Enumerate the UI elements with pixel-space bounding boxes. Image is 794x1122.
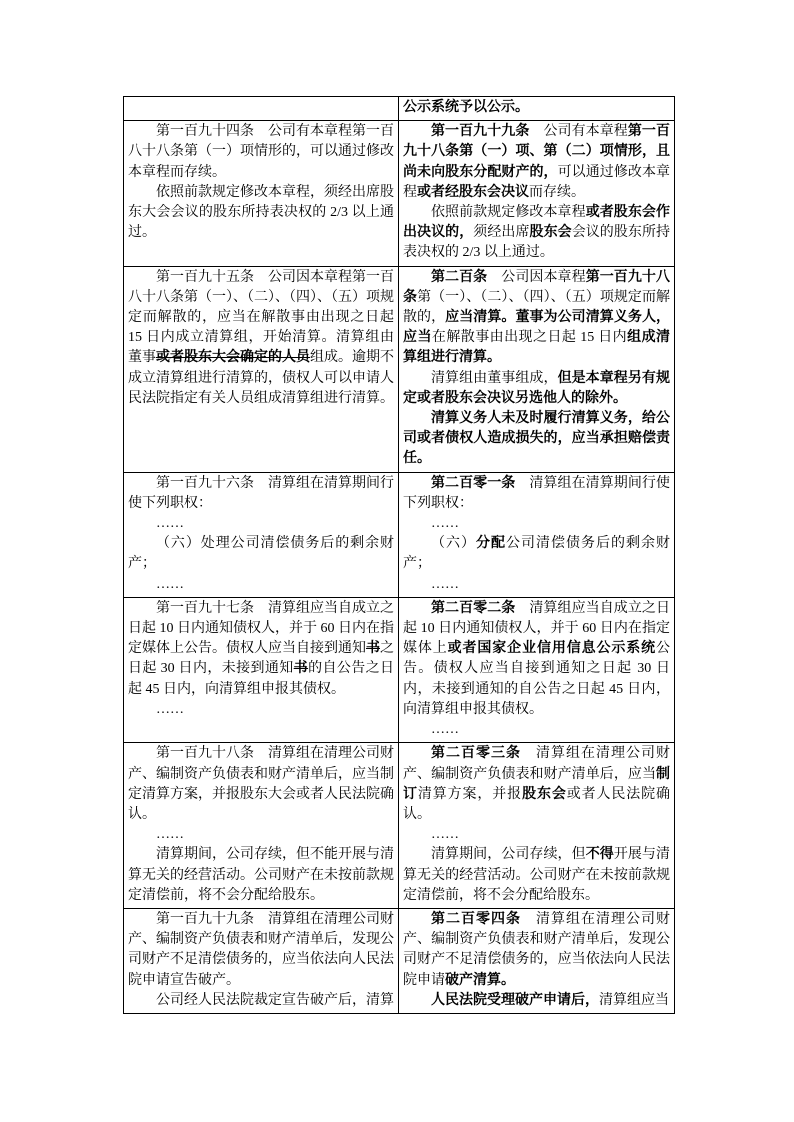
text-segment: 清算组由董事组成， (431, 371, 558, 386)
new-provision-cell: 第二百零二条 清算组应当自成立之日起 10 日内通知债权人，并于 60 日内在指… (399, 597, 675, 742)
text-segment: …… (431, 827, 459, 842)
table-row: 第一百九十九条 清算组在清理公司财产、编制资产负债表和财产清单后，发现公司财产不… (124, 908, 675, 1013)
text-segment: …… (156, 516, 184, 531)
inserted-text: 公示系统予以公示。 (403, 100, 529, 115)
inserted-text: 第一百九十九条 (431, 124, 529, 139)
paragraph: 第一百九十四条 公司有本章程第一百八十八条第（一）项情形的，可以通过修改本章程而… (128, 122, 394, 183)
paragraph: …… (403, 825, 670, 845)
old-provision-cell: 第一百九十四条 公司有本章程第一百八十八条第（一）项情形的，可以通过修改本章程而… (124, 121, 399, 266)
new-provision-cell: 第二百零一条 清算组在清算期间行使下列职权：……（六）分配公司清偿债务后的剩余财… (399, 472, 675, 597)
new-provision-cell: 公示系统予以公示。 (399, 97, 675, 121)
paragraph: （六）处理公司清偿债务后的剩余财产； (128, 534, 394, 574)
paragraph: …… (128, 825, 394, 845)
paragraph: 第一百九十五条 公司因本章程第一百八十八条第（一）、（二）、（四）、（五）项规定… (128, 268, 394, 409)
law-comparison-table: 公示系统予以公示。第一百九十四条 公司有本章程第一百八十八条第（一）项情形的，可… (123, 96, 675, 1014)
new-provision-cell: 第一百九十九条 公司有本章程第一百九十八条第（一）项、第（二）项情形，且尚未向股… (399, 121, 675, 266)
old-provision-cell (124, 97, 399, 121)
inserted-text: 第二百条 (431, 270, 487, 285)
table-row: 第一百九十七条 清算组应当自成立之日起 10 日内通知债权人，并于 60 日内在… (124, 597, 675, 742)
inserted-text: 破产清算。 (445, 973, 515, 988)
paragraph: （六）分配公司清偿债务后的剩余财产； (403, 534, 670, 574)
old-provision-cell: 第一百九十八条 清算组在清理公司财产、编制资产负债表和财产清单后，应当制定清算方… (124, 743, 399, 909)
paragraph: 第一百九十八条 清算组在清理公司财产、编制资产负债表和财产清单后，应当制定清算方… (128, 744, 394, 825)
text-segment: 第一百九十四条 公司有本章程第一百八十八条第（一）项情形的，可以通过修改本章程而… (128, 124, 394, 179)
text-segment: 公司有本章程 (529, 124, 627, 139)
text-segment: 须经出席 (473, 225, 529, 240)
paragraph: …… (403, 575, 670, 595)
inserted-text: 第二百零一条 (431, 476, 515, 491)
text-segment: 第一百九十六条 清算组在清算期间行使下列职权： (128, 476, 394, 511)
paragraph: 公司经人民法院裁定宣告破产后，清算 (128, 991, 394, 1011)
inserted-text: 清算义务人未及时履行清算义务，给公司或者债权人造成损失的，应当承担赔偿责任。 (403, 411, 670, 466)
inserted-text: 第二百零二条 (431, 601, 515, 616)
paragraph: …… (128, 575, 394, 595)
table-row: 第一百九十四条 公司有本章程第一百八十八条第（一）项情形的，可以通过修改本章程而… (124, 121, 675, 266)
paragraph: 第一百九十七条 清算组应当自成立之日起 10 日内通知债权人，并于 60 日内在… (128, 599, 394, 700)
paragraph: 第一百九十九条 公司有本章程第一百九十八条第（一）项、第（二）项情形，且尚未向股… (403, 122, 670, 203)
text-segment: …… (156, 827, 184, 842)
inserted-text: 或者经股东会决议 (417, 185, 529, 200)
paragraph: 依照前款规定修改本章程或者股东会作出决议的，须经出席股东会会议的股东所持表决权的… (403, 203, 670, 264)
document-page: 公示系统予以公示。第一百九十四条 公司有本章程第一百八十八条第（一）项情形的，可… (0, 0, 794, 1122)
text-segment: 而存续。 (529, 185, 585, 200)
paragraph: 清算义务人未及时履行清算义务，给公司或者债权人造成损失的，应当承担赔偿责任。 (403, 409, 670, 470)
text-segment: …… (156, 577, 184, 592)
table-row: 第一百九十八条 清算组在清理公司财产、编制资产负债表和财产清单后，应当制定清算方… (124, 743, 675, 909)
paragraph: 清算期间，公司存续，但不能开展与清算无关的经营活动。公司财产在未按前款规定清偿前… (128, 845, 394, 906)
inserted-text: 股东会 (522, 787, 567, 802)
text-segment: 在解散事由出现之日起 15 日内 (432, 330, 627, 345)
paragraph: 依照前款规定修改本章程，须经出席股东大会会议的股东所持表决权的 2/3 以上通过… (128, 183, 394, 244)
deleted-text: 或者股东大会确定的人员 (156, 350, 310, 365)
new-provision-cell: 第二百零四条 清算组在清理公司财产、编制资产负债表和财产清单后，发现公司财产不足… (399, 908, 675, 1013)
inserted-text: 第二百零三条 (431, 746, 521, 761)
table-row: 第一百九十六条 清算组在清算期间行使下列职权：……（六）处理公司清偿债务后的剩余… (124, 472, 675, 597)
paragraph: 第二百条 公司因本章程第一百九十八条第（一）、（二）、（四）、（五）项规定而解散… (403, 268, 670, 369)
text-segment: …… (431, 722, 459, 737)
paragraph: 人民法院受理破产申请后，清算组应当 (403, 991, 670, 1011)
text-segment: 清算组应当 (599, 993, 669, 1008)
text-segment: 依照前款规定修改本章程 (431, 205, 586, 220)
old-provision-cell: 第一百九十七条 清算组应当自成立之日起 10 日内通知债权人，并于 60 日内在… (124, 597, 399, 742)
old-provision-cell: 第一百九十五条 公司因本章程第一百八十八条第（一）、（二）、（四）、（五）项规定… (124, 266, 399, 472)
text-segment: 清算方案，并报 (418, 787, 522, 802)
paragraph: …… (403, 514, 670, 534)
text-segment: （六） (431, 536, 476, 551)
text-segment: 公司因本章程 (487, 270, 585, 285)
deleted-text: 书 (366, 641, 380, 656)
inserted-text: 不得 (586, 847, 614, 862)
paragraph: 清算组由董事组成，但是本章程另有规定或者股东会决议另选他人的除外。 (403, 369, 670, 409)
text-segment: …… (431, 516, 459, 531)
text-segment: 公司经人民法院裁定宣告破产后，清算 (156, 993, 394, 1008)
text-segment: 依照前款规定修改本章程，须经出席股东大会会议的股东所持表决权的 2/3 以上通过… (128, 185, 394, 240)
text-segment: 第一百九十七条 清算组应当自成立之日起 10 日内通知债权人，并于 60 日内在… (128, 601, 394, 656)
text-segment: 第一百九十八条 清算组在清理公司财产、编制资产负债表和财产清单后，应当制定清算方… (128, 746, 394, 822)
table-row: 公示系统予以公示。 (124, 97, 675, 121)
text-segment: 清算期间，公司存续，但 (431, 847, 586, 862)
deleted-text: 书 (294, 661, 308, 676)
table-row: 第一百九十五条 公司因本章程第一百八十八条第（一）、（二）、（四）、（五）项规定… (124, 266, 675, 472)
inserted-text: 第二百零四条 (431, 912, 521, 927)
inserted-text: 分配 (476, 536, 506, 551)
text-segment: （六）处理公司清偿债务后的剩余财产； (128, 536, 394, 571)
old-provision-cell: 第一百九十六条 清算组在清算期间行使下列职权：……（六）处理公司清偿债务后的剩余… (124, 472, 399, 597)
paragraph: …… (128, 514, 394, 534)
paragraph: 第二百零三条 清算组在清理公司财产、编制资产负债表和财产清单后，应当制订清算方案… (403, 744, 670, 825)
paragraph: 第一百九十六条 清算组在清算期间行使下列职权： (128, 474, 394, 514)
text-segment: …… (431, 577, 459, 592)
paragraph: …… (128, 700, 394, 720)
text-segment: 第一百九十九条 清算组在清理公司财产、编制资产负债表和财产清单后，发现公司财产不… (128, 912, 394, 988)
inserted-text: 或者国家企业信用信息公示系统 (448, 641, 656, 656)
old-provision-cell: 第一百九十九条 清算组在清理公司财产、编制资产负债表和财产清单后，发现公司财产不… (124, 908, 399, 1013)
paragraph: 清算期间，公司存续，但不得开展与清算无关的经营活动。公司财产在未按前款规定清偿前… (403, 845, 670, 906)
paragraph: 公示系统予以公示。 (403, 98, 670, 118)
paragraph: …… (403, 720, 670, 740)
text-segment: 清算期间，公司存续，但不能开展与清算无关的经营活动。公司财产在未按前款规定清偿前… (128, 847, 394, 902)
comparison-table-body: 公示系统予以公示。第一百九十四条 公司有本章程第一百八十八条第（一）项情形的，可… (124, 97, 675, 1014)
new-provision-cell: 第二百条 公司因本章程第一百九十八条第（一）、（二）、（四）、（五）项规定而解散… (399, 266, 675, 472)
inserted-text: 人民法院受理破产申请后， (431, 993, 599, 1008)
paragraph: 第一百九十九条 清算组在清理公司财产、编制资产负债表和财产清单后，发现公司财产不… (128, 910, 394, 991)
paragraph: 第二百零四条 清算组在清理公司财产、编制资产负债表和财产清单后，发现公司财产不足… (403, 910, 670, 991)
text-segment: …… (156, 702, 184, 717)
inserted-text: 股东会 (530, 225, 572, 240)
paragraph: 第二百零一条 清算组在清算期间行使下列职权： (403, 474, 670, 514)
paragraph: 第二百零二条 清算组应当自成立之日起 10 日内通知债权人，并于 60 日内在指… (403, 599, 670, 720)
new-provision-cell: 第二百零三条 清算组在清理公司财产、编制资产负债表和财产清单后，应当制订清算方案… (399, 743, 675, 909)
